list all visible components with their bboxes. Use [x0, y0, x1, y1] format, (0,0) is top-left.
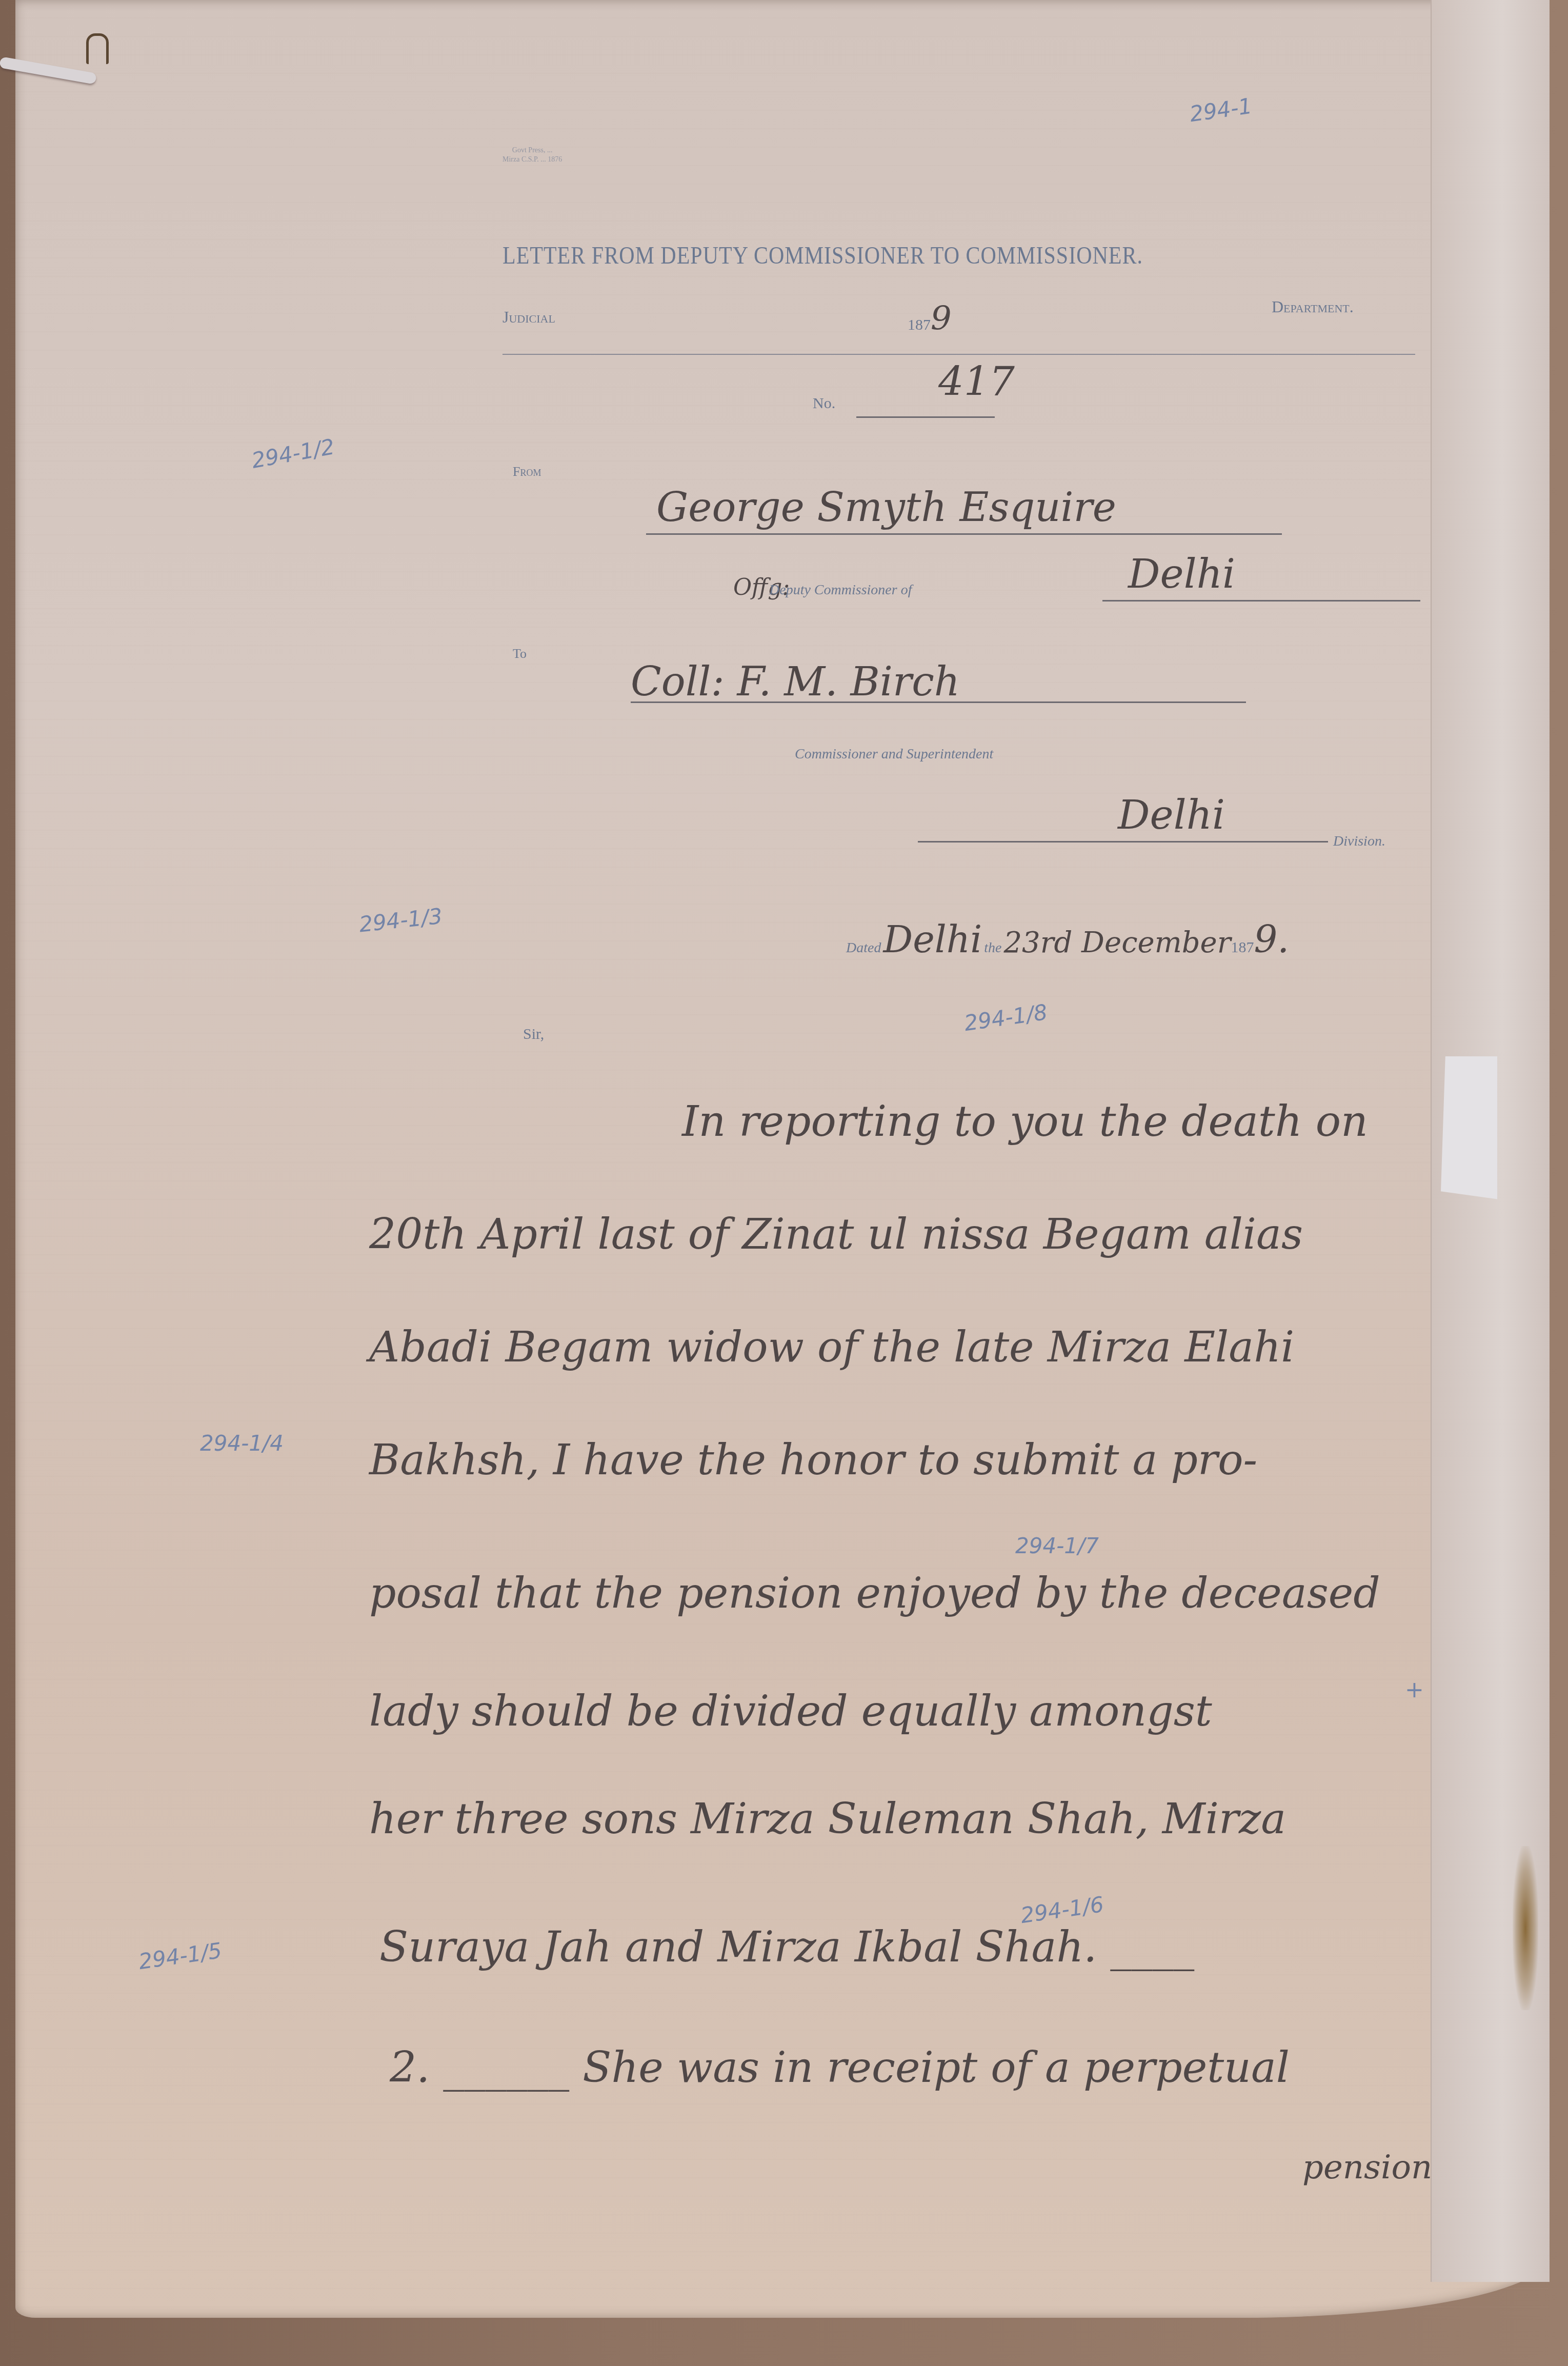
repair-tape: [1441, 1056, 1497, 1200]
header-rule: [502, 354, 1415, 355]
dated-label: Dated: [846, 940, 881, 956]
dated-year-hand: 9.: [1254, 918, 1290, 961]
body-line-2: 20th April last of Zinat ul nissa Begam …: [369, 1210, 1303, 1259]
division-label: Division.: [1333, 833, 1385, 850]
pencil-ref-1-7: 294-1/7: [1015, 1533, 1099, 1558]
body-line-9: 2. ______ She was in receipt of a perpet…: [390, 2043, 1290, 2092]
water-stain: [1513, 1846, 1538, 2010]
form-heading: LETTER FROM DEPUTY COMMISSIONER TO COMMI…: [502, 242, 1143, 270]
body-line-6: lady should be divided equally amongst: [369, 1687, 1212, 1736]
dated-line: Dated Delhi the 23rd December1879.: [846, 918, 1289, 961]
dated-day-month: 23rd December: [1003, 926, 1231, 959]
body-line-7: her three sons Mirza Suleman Shah, Mirza: [369, 1795, 1286, 1843]
department-right: Department.: [1272, 297, 1354, 316]
from-name-rule: [646, 533, 1282, 535]
year-handwritten: 9: [931, 300, 952, 338]
body-line-5: posal that the pension enjoyed by the de…: [369, 1569, 1380, 1618]
imprint-line-2: Mirza C.S.P. ... 1876: [502, 155, 562, 165]
binding-hole-icon: [86, 33, 109, 64]
body-line-8: Suraya Jah and Mirza Ikbal Shah. ____: [379, 1923, 1194, 1972]
body-line-3: Abadi Begam widow of the late Mirza Elah…: [369, 1323, 1294, 1372]
from-district-rule: [1102, 600, 1420, 601]
dated-year-printed: 187: [1231, 939, 1254, 956]
to-name-rule: [631, 701, 1246, 703]
imprint-line-1: Govt Press, ...: [502, 146, 562, 155]
number-rule: [856, 416, 995, 418]
from-name: George Smyth Esquire: [656, 485, 1116, 531]
to-title: Commissioner and Superintendent: [795, 746, 993, 763]
number-label: No.: [813, 395, 835, 412]
to-label: To: [513, 646, 527, 661]
salutation: Sir,: [523, 1026, 544, 1043]
department-left: Judicial: [502, 308, 555, 327]
dated-the: the: [984, 940, 1001, 956]
to-division: Delhi: [1118, 792, 1225, 838]
year-field: 1879: [908, 300, 952, 338]
printer-imprint: Govt Press, ... Mirza C.S.P. ... 1876: [502, 146, 562, 165]
from-district: Delhi: [1128, 551, 1235, 597]
pencil-ref-1-4: 294-1/4: [200, 1431, 284, 1456]
dated-place: Delhi: [883, 918, 982, 961]
body-line-10: pension: [1302, 2149, 1432, 2187]
number-value: 417: [938, 359, 1015, 405]
body-line-1: In reporting to you the death on: [682, 1097, 1368, 1146]
to-name: Coll: F. M. Birch: [631, 659, 960, 705]
from-label: From: [513, 464, 541, 479]
from-title: Deputy Commissioner of: [769, 582, 912, 598]
year-printed: 187: [908, 316, 931, 333]
plus-mark: +: [1405, 1677, 1424, 1703]
division-rule: [918, 841, 1328, 843]
body-line-4: Bakhsh, I have the honor to submit a pro…: [369, 1436, 1257, 1485]
